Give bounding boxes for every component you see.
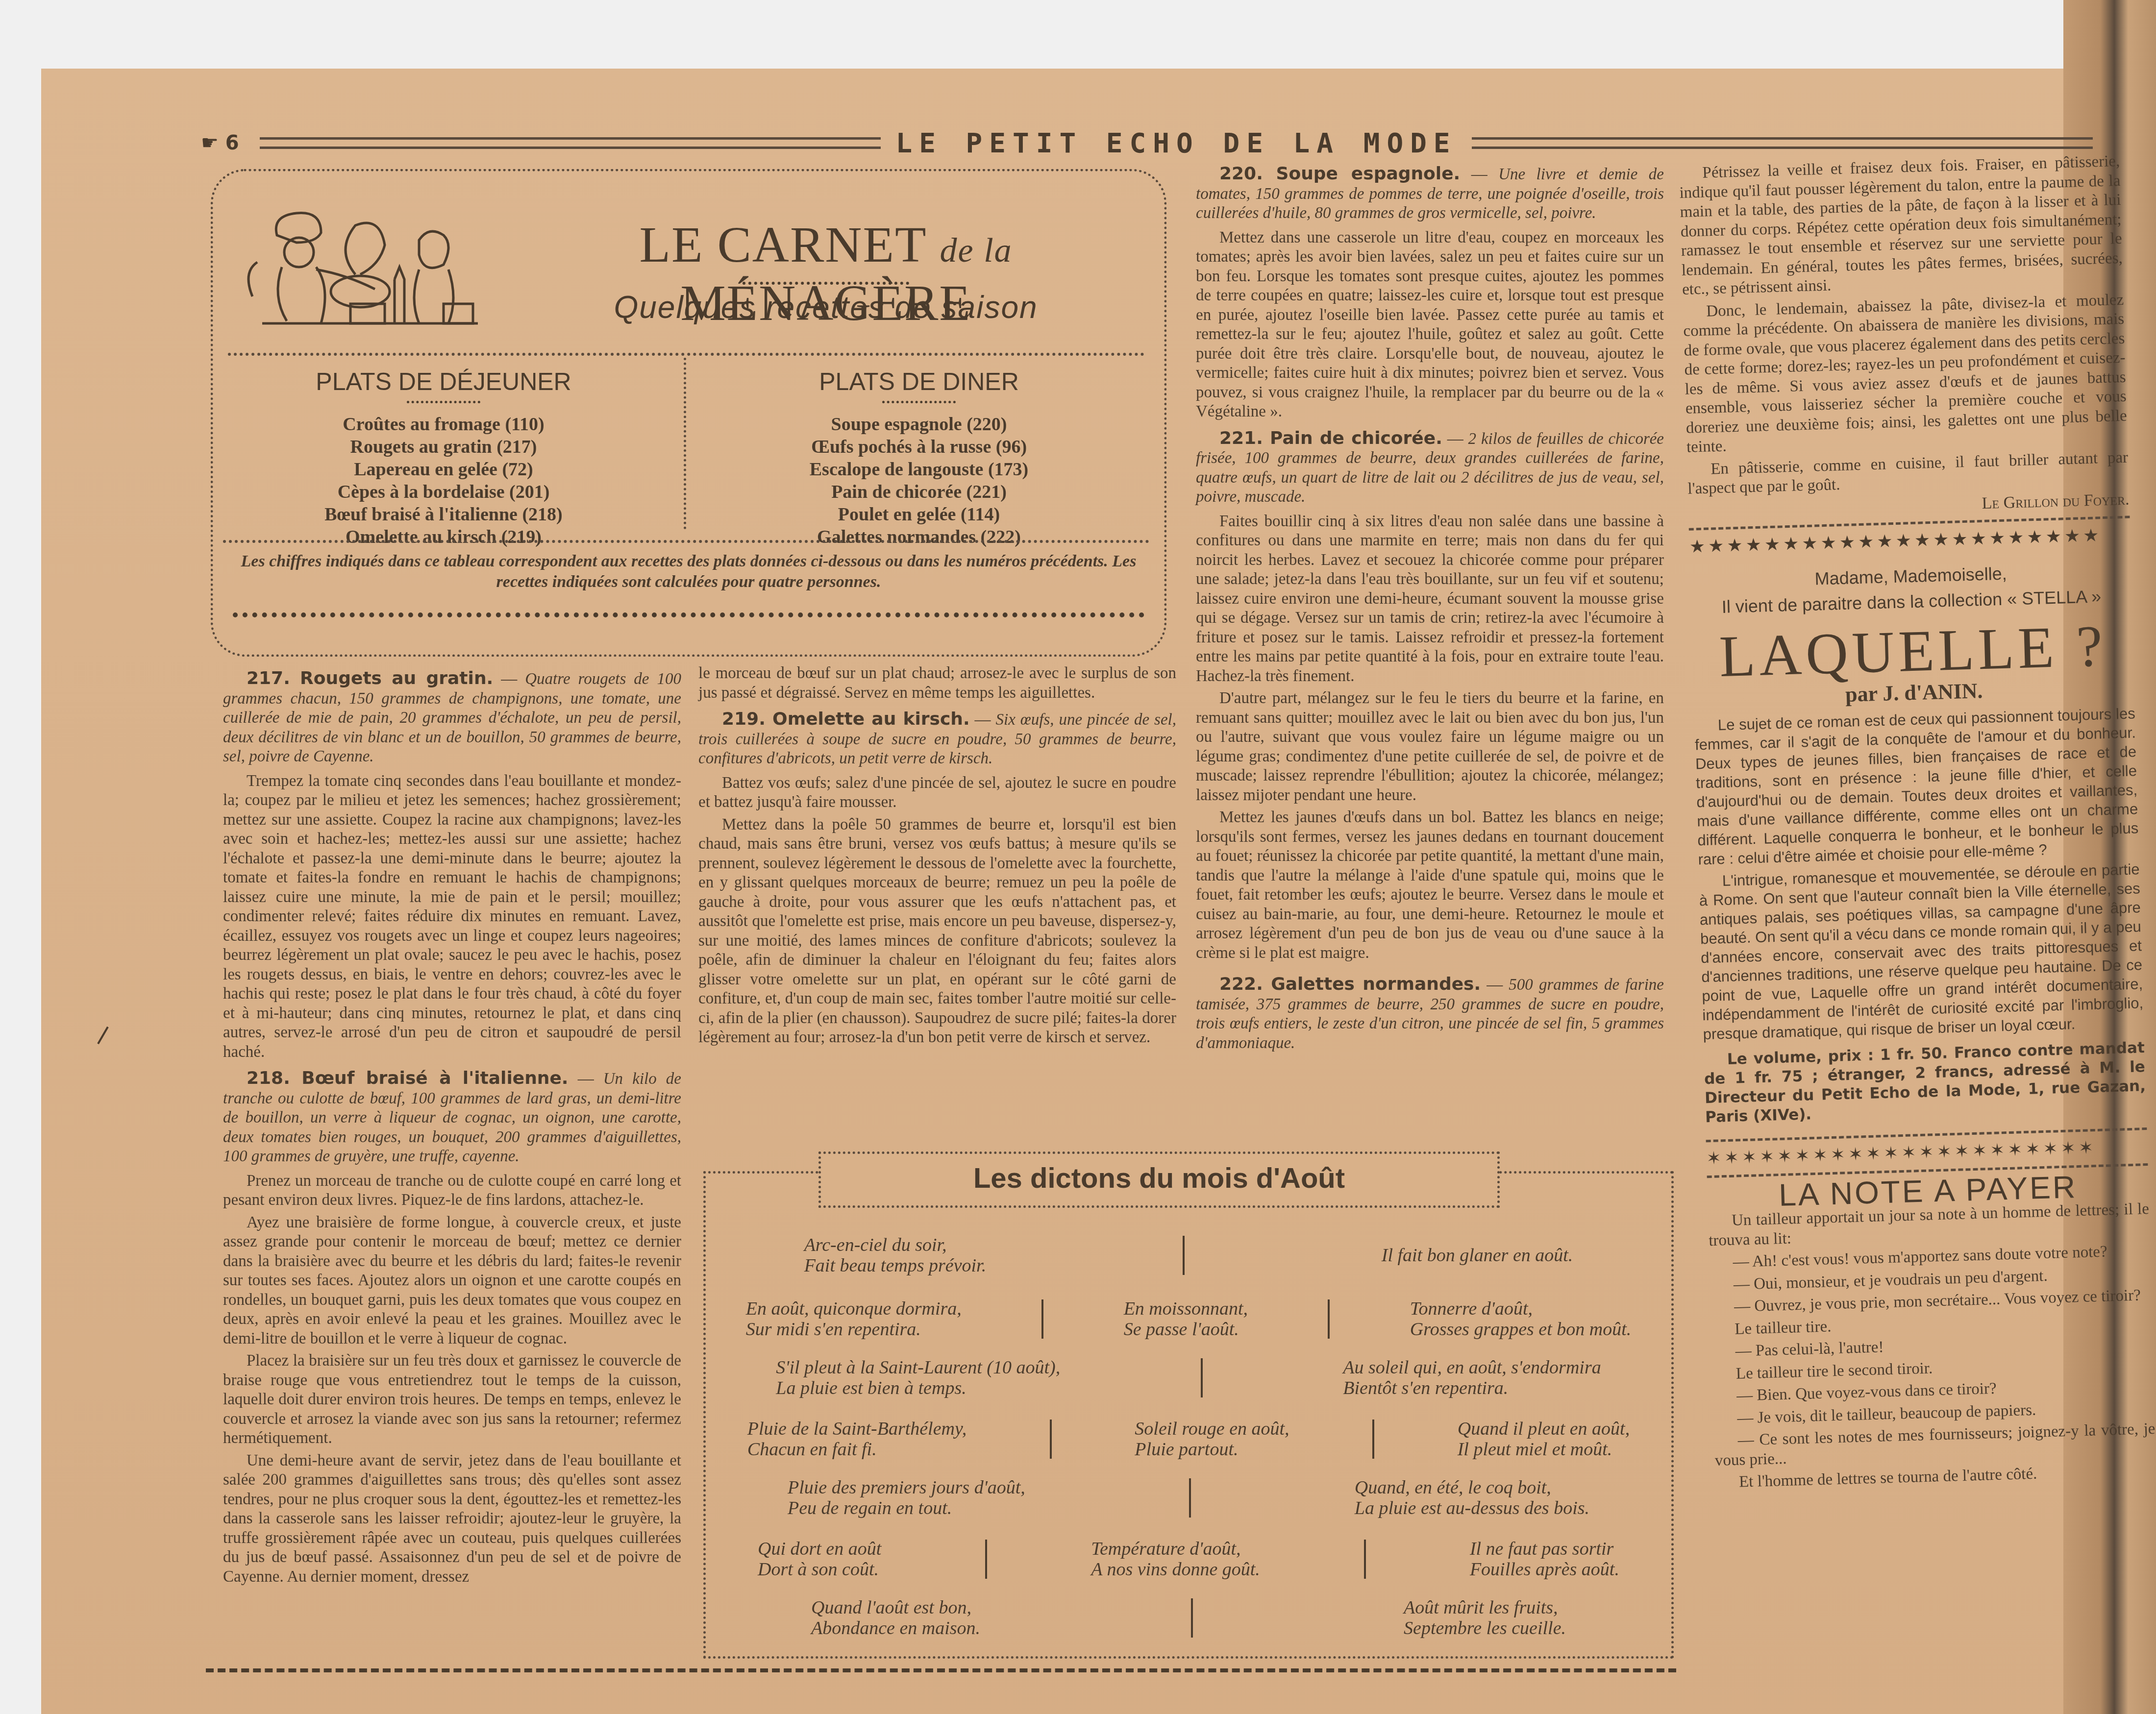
dicton: En moissonnant,Se passe l'août. [1124, 1298, 1248, 1340]
menu-item: Croûtes au fromage (110) [223, 413, 664, 436]
menu-item: Cèpes à la bordelaise (201) [223, 481, 664, 503]
recipe-221-header: 221. Pain de chicorée. — 2 kilos de feui… [1196, 429, 1664, 507]
dicton: Pluie de la Saint-Barthélemy,Chacun en f… [747, 1419, 966, 1460]
menu-item: Omelette au kirsch (219) [223, 526, 664, 548]
page-number-value: 6 [225, 132, 239, 154]
recipe-title: 221. Pain de chicorée. [1219, 428, 1442, 448]
dicton-separator [1041, 1299, 1043, 1339]
menu-item: Escalope de langouste (173) [698, 458, 1140, 481]
recipe-218-continuation: le morceau de bœuf sur un plat chaud; ar… [698, 664, 1176, 703]
recipe-title: 222. Galettes normandes. [1219, 974, 1481, 994]
menu-item: Rougets au gratin (217) [223, 436, 664, 458]
dicton: Il ne faut pas sortirFouilles après août… [1470, 1539, 1619, 1580]
dash: — [1460, 166, 1498, 183]
dicton-line: Bientôt s'en repentira. [1343, 1378, 1601, 1398]
column-2: le morceau de bœuf sur un plat chaud; ar… [698, 664, 1176, 1051]
recipe-paragraph: Ayez une braisière de forme longue, à co… [223, 1213, 681, 1349]
recipe-paragraph: Donc, le lendemain, abaissez la pâte, di… [1683, 290, 2128, 457]
recipe-paragraph: Une demi-heure avant de servir, jetez da… [223, 1451, 681, 1587]
recipe-219-header: 219. Omelette au kirsch. — Six œufs, une… [698, 710, 1176, 769]
dicton-line: En moissonnant, [1124, 1298, 1248, 1319]
menu-divider [684, 358, 686, 529]
menu-item: Bœuf braisé à l'italienne (218) [223, 503, 664, 526]
dicton: Quand l'août est bon,Abondance en maison… [811, 1597, 980, 1639]
advert-price: Le volume, prix : 1 fr. 50. Franco contr… [1704, 1038, 2147, 1127]
recipe-paragraph: Pétrissez la veille et fraisez deux fois… [1679, 152, 2123, 300]
bottom-wavy-rule [206, 1664, 1676, 1672]
menu-item: Pain de chicorée (221) [698, 481, 1140, 503]
recipe-222-header: 222. Galettes normandes. — 500 grammes d… [1196, 975, 1664, 1053]
dash: — [1481, 976, 1509, 994]
masthead-rule-left [260, 137, 881, 149]
dicton-line: La pluie est bien à temps. [776, 1378, 1060, 1398]
dicton: Août mûrit les fruits,Septembre les cuei… [1404, 1597, 1566, 1639]
dicton-separator [1189, 1478, 1191, 1518]
dicton-separator [1201, 1358, 1203, 1397]
dicton-line: A nos vins donne goût. [1091, 1559, 1260, 1580]
menu-diner: PLATS DE DINER Soupe espagnole (220) Œuf… [698, 367, 1140, 548]
heading-rule [882, 401, 956, 403]
dicton-line: Quand l'août est bon, [811, 1597, 980, 1618]
dicton: Il fait bon glaner en août. [1382, 1245, 1573, 1266]
recipe-218-header: 218. Bœuf braisé à l'italienne. — Un kil… [223, 1069, 681, 1167]
advert-paragraph: Le sujet de ce roman est de ceux qui pas… [1694, 704, 2139, 869]
dicton-separator [1183, 1236, 1185, 1275]
dicton-line: Qui dort en août [758, 1539, 881, 1559]
dicton-line: Arc-en-ciel du soir, [804, 1235, 987, 1255]
column-4: Pétrissez la veille et fraisez deux fois… [1679, 152, 2156, 1496]
dicton: Au soleil qui, en août, s'endormiraBient… [1343, 1357, 1601, 1398]
dicton-line: Quand il pleut en août, [1458, 1419, 1630, 1439]
dicton-line: Chacun en fait fi. [747, 1439, 966, 1460]
menu-item: Galettes normandes (222) [698, 526, 1140, 548]
publication-title: LE PETIT ECHO DE LA MODE [881, 127, 1471, 159]
recipe-title: 219. Omelette au kirsch. [722, 709, 970, 729]
dicton-row: S'il pleut à la Saint-Laurent (10 août),… [706, 1357, 1671, 1398]
carnet-bottom-dots [233, 612, 1144, 617]
dicton: S'il pleut à la Saint-Laurent (10 août),… [776, 1357, 1060, 1398]
dicton-line: Dort à son coût. [758, 1559, 881, 1580]
dicton-line: Fait beau temps prévoir. [804, 1255, 987, 1276]
dicton-line: Tonnerre d'août, [1410, 1298, 1631, 1319]
star-rule: ★★★★★★★★★★★★★★★★★★★★★★ [1689, 525, 2131, 557]
dicton-line: Il pleut miel et moût. [1458, 1439, 1630, 1460]
dicton-line: Août mûrit les fruits, [1404, 1597, 1566, 1618]
dicton-line: S'il pleut à la Saint-Laurent (10 août), [776, 1357, 1060, 1378]
column-1: 217. Rougets au gratin. — Quatre rougets… [223, 669, 681, 1590]
page-number: ☛ 6 [201, 132, 260, 154]
dicton-line: Il fait bon glaner en août. [1382, 1245, 1573, 1266]
dicton-separator [1364, 1540, 1366, 1579]
menu-item: Lapereau en gelée (72) [223, 458, 664, 481]
carnet-title-small: de la [940, 232, 1013, 269]
dictons-title-box: Les dictons du mois d'Août [818, 1151, 1500, 1208]
dicton-separator [1050, 1420, 1052, 1459]
dicton: Arc-en-ciel du soir,Fait beau temps prév… [804, 1235, 987, 1276]
menu-dejeuner-heading: PLATS DE DÉJEUNER [223, 367, 664, 396]
cooks-illustration-icon [233, 206, 488, 333]
dicton-line: La pluie est au-dessus des bois. [1355, 1498, 1589, 1518]
dictons-box: Les dictons du mois d'Août Arc-en-ciel d… [703, 1171, 1674, 1659]
carnet-title-part1: LE CARNET [639, 217, 940, 273]
dash: — [569, 1070, 603, 1088]
dicton-separator [1372, 1420, 1374, 1459]
dicton-separator [1328, 1299, 1330, 1339]
recipe-217-header: 217. Rougets au gratin. — Quatre rougets… [223, 669, 681, 767]
dicton-line: Il ne faut pas sortir [1470, 1539, 1619, 1559]
dicton: Tonnerre d'août,Grosses grappes et bon m… [1410, 1298, 1631, 1340]
menu-item: Œufs pochés à la russe (96) [698, 436, 1140, 458]
dicton-line: Se passe l'août. [1124, 1319, 1248, 1340]
recipe-paragraph: Mettez dans une casserole un litre d'eau… [1196, 228, 1664, 422]
recipe-title: 217. Rougets au gratin. [247, 668, 493, 688]
carnet-box: LE CARNET de la MÉNAGÈRE Quelques recett… [211, 169, 1166, 657]
menu-item: Soupe espagnole (220) [698, 413, 1140, 436]
dicton-line: Grosses grappes et bon moût. [1410, 1319, 1631, 1340]
dicton-line: Pluie de la Saint-Barthélemy, [747, 1419, 966, 1439]
dicton: Soleil rouge en août,Pluie partout. [1135, 1419, 1289, 1460]
heading-rule [407, 401, 480, 403]
dash: — [493, 670, 525, 688]
dictons-title: Les dictons du mois d'Août [973, 1162, 1345, 1194]
advert-book-title: LAQUELLE ? [1691, 613, 2134, 689]
carnet-note: Les chiffres indiqués dans ce tableau co… [233, 551, 1144, 592]
carnet-subtitle: Quelques recettes de saison [507, 289, 1144, 325]
dicton-row: Arc-en-ciel du soir,Fait beau temps prév… [706, 1235, 1671, 1276]
dicton: Pluie des premiers jours d'août,Peu de r… [788, 1477, 1025, 1518]
dicton: Qui dort en aoûtDort à son coût. [758, 1539, 881, 1580]
dicton-row: En août, quiconque dormira,Sur midi s'en… [706, 1298, 1671, 1340]
dicton-line: Température d'août, [1091, 1539, 1260, 1559]
recipe-paragraph: Prenez un morceau de tranche ou de culot… [223, 1172, 681, 1210]
dicton-line: Pluie partout. [1135, 1439, 1289, 1460]
dicton-line: Peu de regain en tout. [788, 1498, 1025, 1518]
dicton-separator [985, 1540, 987, 1579]
menu-item: Poulet en gelée (114) [698, 503, 1140, 526]
recipe-paragraph: Faites bouillir cinq à six litres d'eau … [1196, 512, 1664, 686]
masthead-rule-right [1472, 137, 2093, 149]
dicton-line: Quand, en été, le coq boit, [1355, 1477, 1589, 1498]
recipe-paragraph: Mettez les jaunes d'œufs dans un bol. Ba… [1196, 808, 1664, 963]
dicton-line: Pluie des premiers jours d'août, [788, 1477, 1025, 1498]
recipe-title: 218. Bœuf braisé à l'italienne. [247, 1068, 569, 1088]
dicton-line: Au soleil qui, en août, s'endormira [1343, 1357, 1601, 1378]
dash: — [970, 711, 996, 729]
advert-paragraph: L'intrigue, romanesque et mouvementée, s… [1698, 859, 2144, 1044]
menus-top-rule [228, 353, 1144, 356]
dicton-line: Septembre les cueille. [1404, 1618, 1566, 1639]
title-divider [743, 282, 909, 285]
menu-diner-heading: PLATS DE DINER [698, 367, 1140, 396]
dicton-row: Quand l'août est bon,Abondance en maison… [706, 1597, 1671, 1639]
dicton-row: Pluie de la Saint-Barthélemy,Chacun en f… [706, 1419, 1671, 1460]
column-3: 220. Soupe espagnole. — Une livre et dem… [1196, 164, 1664, 1058]
recipe-220-header: 220. Soupe espagnole. — Une livre et dem… [1196, 164, 1664, 223]
recipe-paragraph: Battez vos œufs; salez d'une pincée de s… [698, 774, 1176, 812]
dicton-line: Sur midi s'en repentira. [746, 1319, 962, 1340]
dicton-line: Soleil rouge en août, [1135, 1419, 1289, 1439]
dicton: En août, quiconque dormira,Sur midi s'en… [746, 1298, 962, 1340]
recipe-paragraph: Placez la braisière sur un feu très doux… [223, 1351, 681, 1448]
dicton: Quand il pleut en août,Il pleut miel et … [1458, 1419, 1630, 1460]
menus-bottom-rule [223, 540, 1149, 543]
dicton-line: En août, quiconque dormira, [746, 1298, 962, 1319]
advert-body: Le sujet de ce roman est de ceux qui pas… [1694, 704, 2144, 1044]
recipe-paragraph: Trempez la tomate cinq secondes dans l'e… [223, 772, 681, 1062]
dicton-line: Fouilles après août. [1470, 1559, 1619, 1580]
recipe-title: 220. Soupe espagnole. [1219, 164, 1460, 184]
masthead: ☛ 6 LE PETIT ECHO DE LA MODE [201, 128, 2093, 158]
dicton: Quand, en été, le coq boit,La pluie est … [1355, 1477, 1589, 1518]
dicton-row: Pluie des premiers jours d'août,Peu de r… [706, 1477, 1671, 1518]
dicton-row: Qui dort en aoûtDort à son coût. Tempéra… [706, 1539, 1671, 1580]
recipe-paragraph: Mettez dans la poêle 50 grammes de beurr… [698, 815, 1176, 1048]
menu-dejeuner: PLATS DE DÉJEUNER Croûtes au fromage (11… [223, 367, 664, 548]
recipe-paragraph: D'autre part, mélangez sur le feu le tie… [1196, 689, 1664, 805]
dicton: Température d'août,A nos vins donne goût… [1091, 1539, 1260, 1580]
dicton-line: Abondance en maison. [811, 1618, 980, 1639]
dash: — [1442, 430, 1468, 448]
dicton-separator [1191, 1598, 1193, 1638]
